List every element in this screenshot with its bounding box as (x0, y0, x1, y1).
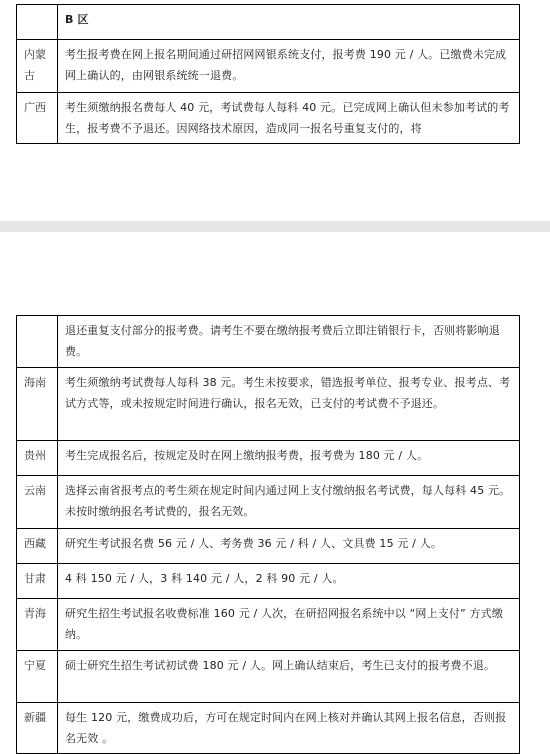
region-cell: 青海 (17, 599, 58, 651)
content-cell: 4 科 150 元 / 人，3 科 140 元 / 人，2 科 90 元 / 人… (58, 564, 520, 599)
content-cell: 每生 120 元，缴费成功后，方可在规定时间内在网上核对并确认其网上报名信息，否… (58, 703, 520, 754)
fee-table-part-1: B 区 内蒙古 考生报考费在网上报名期间通过研招网网银系统支付，报考费 190 … (16, 4, 520, 144)
content-cell: 考生须缴纳考试费每人每科 38 元。考生未按要求，错选报考单位、报考专业、报考点… (58, 368, 520, 441)
content-cell: 考生完成报名后，按规定及时在网上缴纳报考费，报考费为 180 元 / 人。 (58, 441, 520, 476)
content-cell: 研究生考试报名费 56 元 / 人、考务费 36 元 / 科 / 人、文具费 1… (58, 529, 520, 564)
region-cell: 西藏 (17, 529, 58, 564)
table-row-xinjiang: 新疆 每生 120 元，缴费成功后，方可在规定时间内在网上核对并确认其网上报名信… (17, 703, 520, 754)
content-cell: 退还重复支付部分的报考费。请考生不要在缴纳报考费后立即注销银行卡，否则将影响退费… (58, 316, 520, 368)
table-row-guangxi: 广西 考生须缴纳报名费每人 40 元，考试费每人每科 40 元。已完成网上确认但… (17, 93, 520, 144)
content-cell: 硕士研究生招生考试初试费 180 元 / 人。网上确认结束后，考生已支付的报考费… (58, 651, 520, 703)
table-row-qinghai: 青海 研究生招生考试报名收费标准 160 元 / 人次，在研招网报名系统中以 “… (17, 599, 520, 651)
region-cell: 贵州 (17, 441, 58, 476)
zone-header-cell: B 区 (58, 5, 520, 40)
region-cell: 云南 (17, 476, 58, 529)
content-cell: 考生报考费在网上报名期间通过研招网网银系统支付，报考费 190 元 / 人。已缴… (58, 40, 520, 93)
fee-table-part-2: 退还重复支付部分的报考费。请考生不要在缴纳报考费后立即注销银行卡，否则将影响退费… (16, 315, 520, 754)
document-page-2: 退还重复支付部分的报考费。请考生不要在缴纳报考费后立即注销银行卡，否则将影响退费… (0, 232, 550, 754)
table-row-xizang: 西藏 研究生考试报名费 56 元 / 人、考务费 36 元 / 科 / 人、文具… (17, 529, 520, 564)
table-row-gansu: 甘肃 4 科 150 元 / 人，3 科 140 元 / 人，2 科 90 元 … (17, 564, 520, 599)
table-row-neimenggu: 内蒙古 考生报考费在网上报名期间通过研招网网银系统支付，报考费 190 元 / … (17, 40, 520, 93)
region-cell (17, 5, 58, 40)
table-row-yunnan: 云南 选择云南省报考点的考生须在规定时间内通过网上支付缴纳报名考试费，每人每科 … (17, 476, 520, 529)
table-row-guizhou: 贵州 考生完成报名后，按规定及时在网上缴纳报考费，报考费为 180 元 / 人。 (17, 441, 520, 476)
content-cell: 选择云南省报考点的考生须在规定时间内通过网上支付缴纳报名考试费，每人每科 45 … (58, 476, 520, 529)
region-cell (17, 316, 58, 368)
region-cell: 内蒙古 (17, 40, 58, 93)
table-row-zone-header: B 区 (17, 5, 520, 40)
content-cell: 考生须缴纳报名费每人 40 元，考试费每人每科 40 元。已完成网上确认但未参加… (58, 93, 520, 144)
page-separator (0, 221, 550, 232)
table-row-hainan: 海南 考生须缴纳考试费每人每科 38 元。考生未按要求，错选报考单位、报考专业、… (17, 368, 520, 441)
table-row-guangxi-continued: 退还重复支付部分的报考费。请考生不要在缴纳报考费后立即注销银行卡，否则将影响退费… (17, 316, 520, 368)
zone-label: B 区 (65, 13, 89, 26)
region-cell: 新疆 (17, 703, 58, 754)
content-cell: 研究生招生考试报名收费标准 160 元 / 人次，在研招网报名系统中以 “网上支… (58, 599, 520, 651)
region-cell: 宁夏 (17, 651, 58, 703)
table-row-ningxia: 宁夏 硕士研究生招生考试初试费 180 元 / 人。网上确认结束后，考生已支付的… (17, 651, 520, 703)
region-cell: 广西 (17, 93, 58, 144)
region-cell: 甘肃 (17, 564, 58, 599)
document-page-1: B 区 内蒙古 考生报考费在网上报名期间通过研招网网银系统支付，报考费 190 … (0, 0, 550, 221)
region-cell: 海南 (17, 368, 58, 441)
